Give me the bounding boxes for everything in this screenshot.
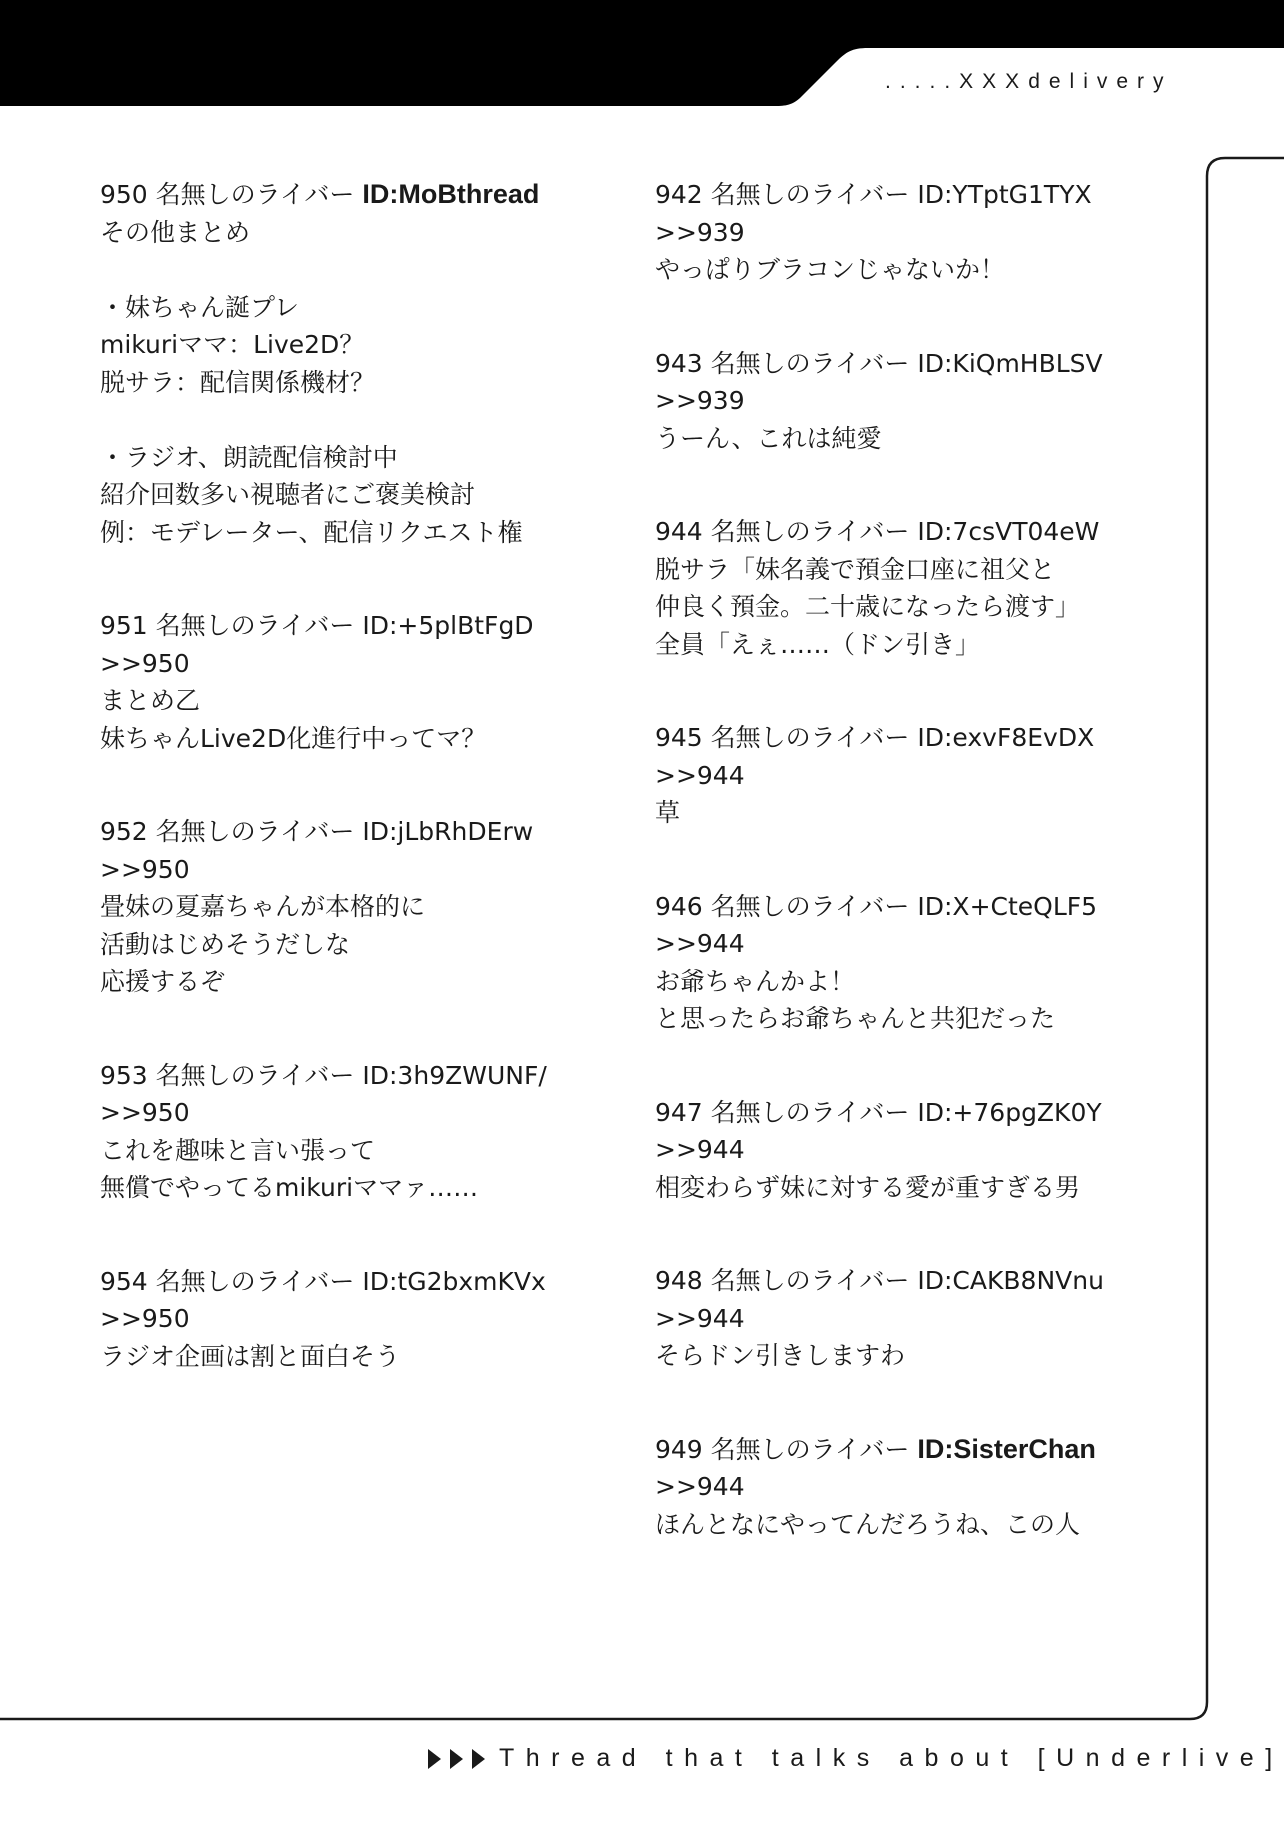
post-body-line: 妹ちゃんLive2D化進行中ってマ？ <box>100 720 620 758</box>
reply-anchor-link[interactable]: >>950 <box>100 1300 620 1338</box>
thread-column-left: 950 名無しのライバー ID:MoBthread その他まとめ ・妹ちゃん誕プ… <box>100 176 620 1375</box>
poster-id: ID:MoBthread <box>362 179 539 209</box>
play-arrow-icon <box>472 1749 485 1769</box>
poster-name: 名無しのライバー <box>711 1266 910 1295</box>
footer-caption: Thread that talks about [Underlive] <box>499 1744 1284 1773</box>
poster-id: ID:CAKB8NVnu <box>917 1266 1104 1295</box>
post-header: 942 名無しのライバー ID:YTptG1TYX <box>655 176 1175 214</box>
post-header: 948 名無しのライバー ID:CAKB8NVnu <box>655 1262 1175 1300</box>
post-number: 953 <box>100 1061 148 1090</box>
post-number: 948 <box>655 1266 703 1295</box>
post-body-line: ・ラジオ、朗読配信検討中 <box>100 439 620 477</box>
post-header: 943 名無しのライバー ID:KiQmHBLSV <box>655 345 1175 383</box>
post-943: 943 名無しのライバー ID:KiQmHBLSV >>939 うーん、これは純… <box>655 345 1175 458</box>
post-950: 950 名無しのライバー ID:MoBthread その他まとめ ・妹ちゃん誕プ… <box>100 176 620 551</box>
post-body-line: やっぱりブラコンじゃないか！ <box>655 251 1175 289</box>
poster-name: 名無しのライバー <box>711 1098 910 1127</box>
reply-anchor-link[interactable]: >>939 <box>655 382 1175 420</box>
post-body-line: ラジオ企画は割と面白そう <box>100 1338 620 1376</box>
header-title: .....XXXdelivery <box>885 70 1173 94</box>
poster-id: ID:+5plBtFgD <box>362 611 533 640</box>
poster-name: 名無しのライバー <box>711 1435 910 1464</box>
post-945: 945 名無しのライバー ID:exvF8EvDX >>944 草 <box>655 719 1175 832</box>
post-949: 949 名無しのライバー ID:SisterChan >>944 ほんとなにやっ… <box>655 1431 1175 1544</box>
poster-id: ID:KiQmHBLSV <box>917 349 1102 378</box>
post-body-line: mikuriママ：Live2D？ <box>100 326 620 364</box>
poster-name: 名無しのライバー <box>156 1061 355 1090</box>
post-body-line: 活動はじめそうだしな <box>100 926 620 964</box>
poster-id: ID:SisterChan <box>917 1434 1096 1464</box>
post-946: 946 名無しのライバー ID:X+CteQLF5 >>944 お爺ちゃんかよ！… <box>655 888 1175 1038</box>
post-954: 954 名無しのライバー ID:tG2bxmKVx >>950 ラジオ企画は割と… <box>100 1263 620 1376</box>
post-body-line: 無償でやってるmikuriママァ…… <box>100 1169 620 1207</box>
post-body-line: 全員「えぇ……（ドン引き」 <box>655 626 1175 664</box>
post-body-line: ほんとなにやってんだろうね、この人 <box>655 1506 1175 1544</box>
poster-id: ID:exvF8EvDX <box>917 723 1094 752</box>
post-952: 952 名無しのライバー ID:jLbRhDErw >>950 畳妹の夏嘉ちゃん… <box>100 813 620 1001</box>
poster-id: ID:+76pgZK0Y <box>917 1098 1101 1127</box>
post-header: 954 名無しのライバー ID:tG2bxmKVx <box>100 1263 620 1301</box>
poster-name: 名無しのライバー <box>711 180 910 209</box>
post-947: 947 名無しのライバー ID:+76pgZK0Y >>944 相変わらず妹に対… <box>655 1094 1175 1207</box>
poster-id: ID:7csVT04eW <box>917 517 1099 546</box>
poster-name: 名無しのライバー <box>711 517 910 546</box>
play-arrow-icon <box>428 1749 441 1769</box>
post-header: 950 名無しのライバー ID:MoBthread <box>100 176 620 214</box>
post-header: 951 名無しのライバー ID:+5plBtFgD <box>100 607 620 645</box>
post-header: 946 名無しのライバー ID:X+CteQLF5 <box>655 888 1175 926</box>
post-body-line: 仲良く預金。二十歳になったら渡す」 <box>655 588 1175 626</box>
reply-anchor-link[interactable]: >>950 <box>100 1094 620 1132</box>
poster-name: 名無しのライバー <box>156 1267 355 1296</box>
post-942: 942 名無しのライバー ID:YTptG1TYX >>939 やっぱりブラコン… <box>655 176 1175 289</box>
post-body-line: 紹介回数多い視聴者にご褒美検討 <box>100 476 620 514</box>
post-body-line: これを趣味と言い張って <box>100 1132 620 1170</box>
post-header: 944 名無しのライバー ID:7csVT04eW <box>655 513 1175 551</box>
post-number: 943 <box>655 349 703 378</box>
post-body-line: 草 <box>655 794 1175 832</box>
post-number: 946 <box>655 892 703 921</box>
poster-name: 名無しのライバー <box>156 611 355 640</box>
reply-anchor-link[interactable]: >>944 <box>655 1131 1175 1169</box>
post-body-line: お爺ちゃんかよ！ <box>655 963 1175 1001</box>
footer: Thread that talks about [Underlive] <box>428 1744 1284 1773</box>
post-number: 949 <box>655 1435 703 1464</box>
post-number: 942 <box>655 180 703 209</box>
reply-anchor-link[interactable]: >>939 <box>655 214 1175 252</box>
reply-anchor-link[interactable]: >>950 <box>100 645 620 683</box>
post-body-line: 相変わらず妹に対する愛が重すぎる男 <box>655 1169 1175 1207</box>
post-body-line: 応援するぞ <box>100 963 620 1001</box>
post-header: 953 名無しのライバー ID:3h9ZWUNF/ <box>100 1057 620 1095</box>
footer-arrows <box>428 1749 485 1769</box>
post-number: 954 <box>100 1267 148 1296</box>
reply-anchor-link[interactable]: >>944 <box>655 1300 1175 1338</box>
post-number: 944 <box>655 517 703 546</box>
blank-line <box>100 401 620 439</box>
poster-id: ID:X+CteQLF5 <box>917 892 1097 921</box>
poster-id: ID:tG2bxmKVx <box>362 1267 545 1296</box>
poster-name: 名無しのライバー <box>711 723 910 752</box>
post-944: 944 名無しのライバー ID:7csVT04eW 脱サラ「妹名義で預金口座に祖… <box>655 513 1175 663</box>
post-header: 947 名無しのライバー ID:+76pgZK0Y <box>655 1094 1175 1132</box>
post-body-line: 例：モデレーター、配信リクエスト権 <box>100 514 620 552</box>
post-948: 948 名無しのライバー ID:CAKB8NVnu >>944 そらドン引きしま… <box>655 1262 1175 1375</box>
post-body-line: そらドン引きしますわ <box>655 1337 1175 1375</box>
post-body-line: 脱サラ：配信関係機材？ <box>100 364 620 402</box>
post-number: 952 <box>100 817 148 846</box>
post-body-line: と思ったらお爺ちゃんと共犯だった <box>655 1000 1175 1038</box>
post-header: 949 名無しのライバー ID:SisterChan <box>655 1431 1175 1469</box>
post-body-line: うーん、これは純愛 <box>655 420 1175 458</box>
post-body-line: ・妹ちゃん誕プレ <box>100 289 620 327</box>
post-body-line: 脱サラ「妹名義で預金口座に祖父と <box>655 551 1175 589</box>
reply-anchor-link[interactable]: >>944 <box>655 925 1175 963</box>
post-number: 947 <box>655 1098 703 1127</box>
poster-id: ID:YTptG1TYX <box>917 180 1091 209</box>
post-number: 950 <box>100 180 148 209</box>
post-body-line: 畳妹の夏嘉ちゃんが本格的に <box>100 888 620 926</box>
reply-anchor-link[interactable]: >>944 <box>655 757 1175 795</box>
play-arrow-icon <box>450 1749 463 1769</box>
poster-name: 名無しのライバー <box>156 180 355 209</box>
reply-anchor-link[interactable]: >>950 <box>100 851 620 889</box>
post-header: 952 名無しのライバー ID:jLbRhDErw <box>100 813 620 851</box>
thread-column-right: 942 名無しのライバー ID:YTptG1TYX >>939 やっぱりブラコン… <box>655 176 1175 1543</box>
post-header: 945 名無しのライバー ID:exvF8EvDX <box>655 719 1175 757</box>
blank-line <box>100 251 620 289</box>
post-951: 951 名無しのライバー ID:+5plBtFgD >>950 まとめ乙 妹ちゃ… <box>100 607 620 757</box>
reply-anchor-link[interactable]: >>944 <box>655 1468 1175 1506</box>
poster-id: ID:jLbRhDErw <box>362 817 533 846</box>
post-953: 953 名無しのライバー ID:3h9ZWUNF/ >>950 これを趣味と言い… <box>100 1057 620 1207</box>
poster-name: 名無しのライバー <box>156 817 355 846</box>
poster-name: 名無しのライバー <box>711 892 910 921</box>
post-number: 951 <box>100 611 148 640</box>
poster-id: ID:3h9ZWUNF/ <box>362 1061 546 1090</box>
post-body-line: まとめ乙 <box>100 682 620 720</box>
poster-name: 名無しのライバー <box>711 349 910 378</box>
post-body-line: その他まとめ <box>100 214 620 252</box>
post-number: 945 <box>655 723 703 752</box>
